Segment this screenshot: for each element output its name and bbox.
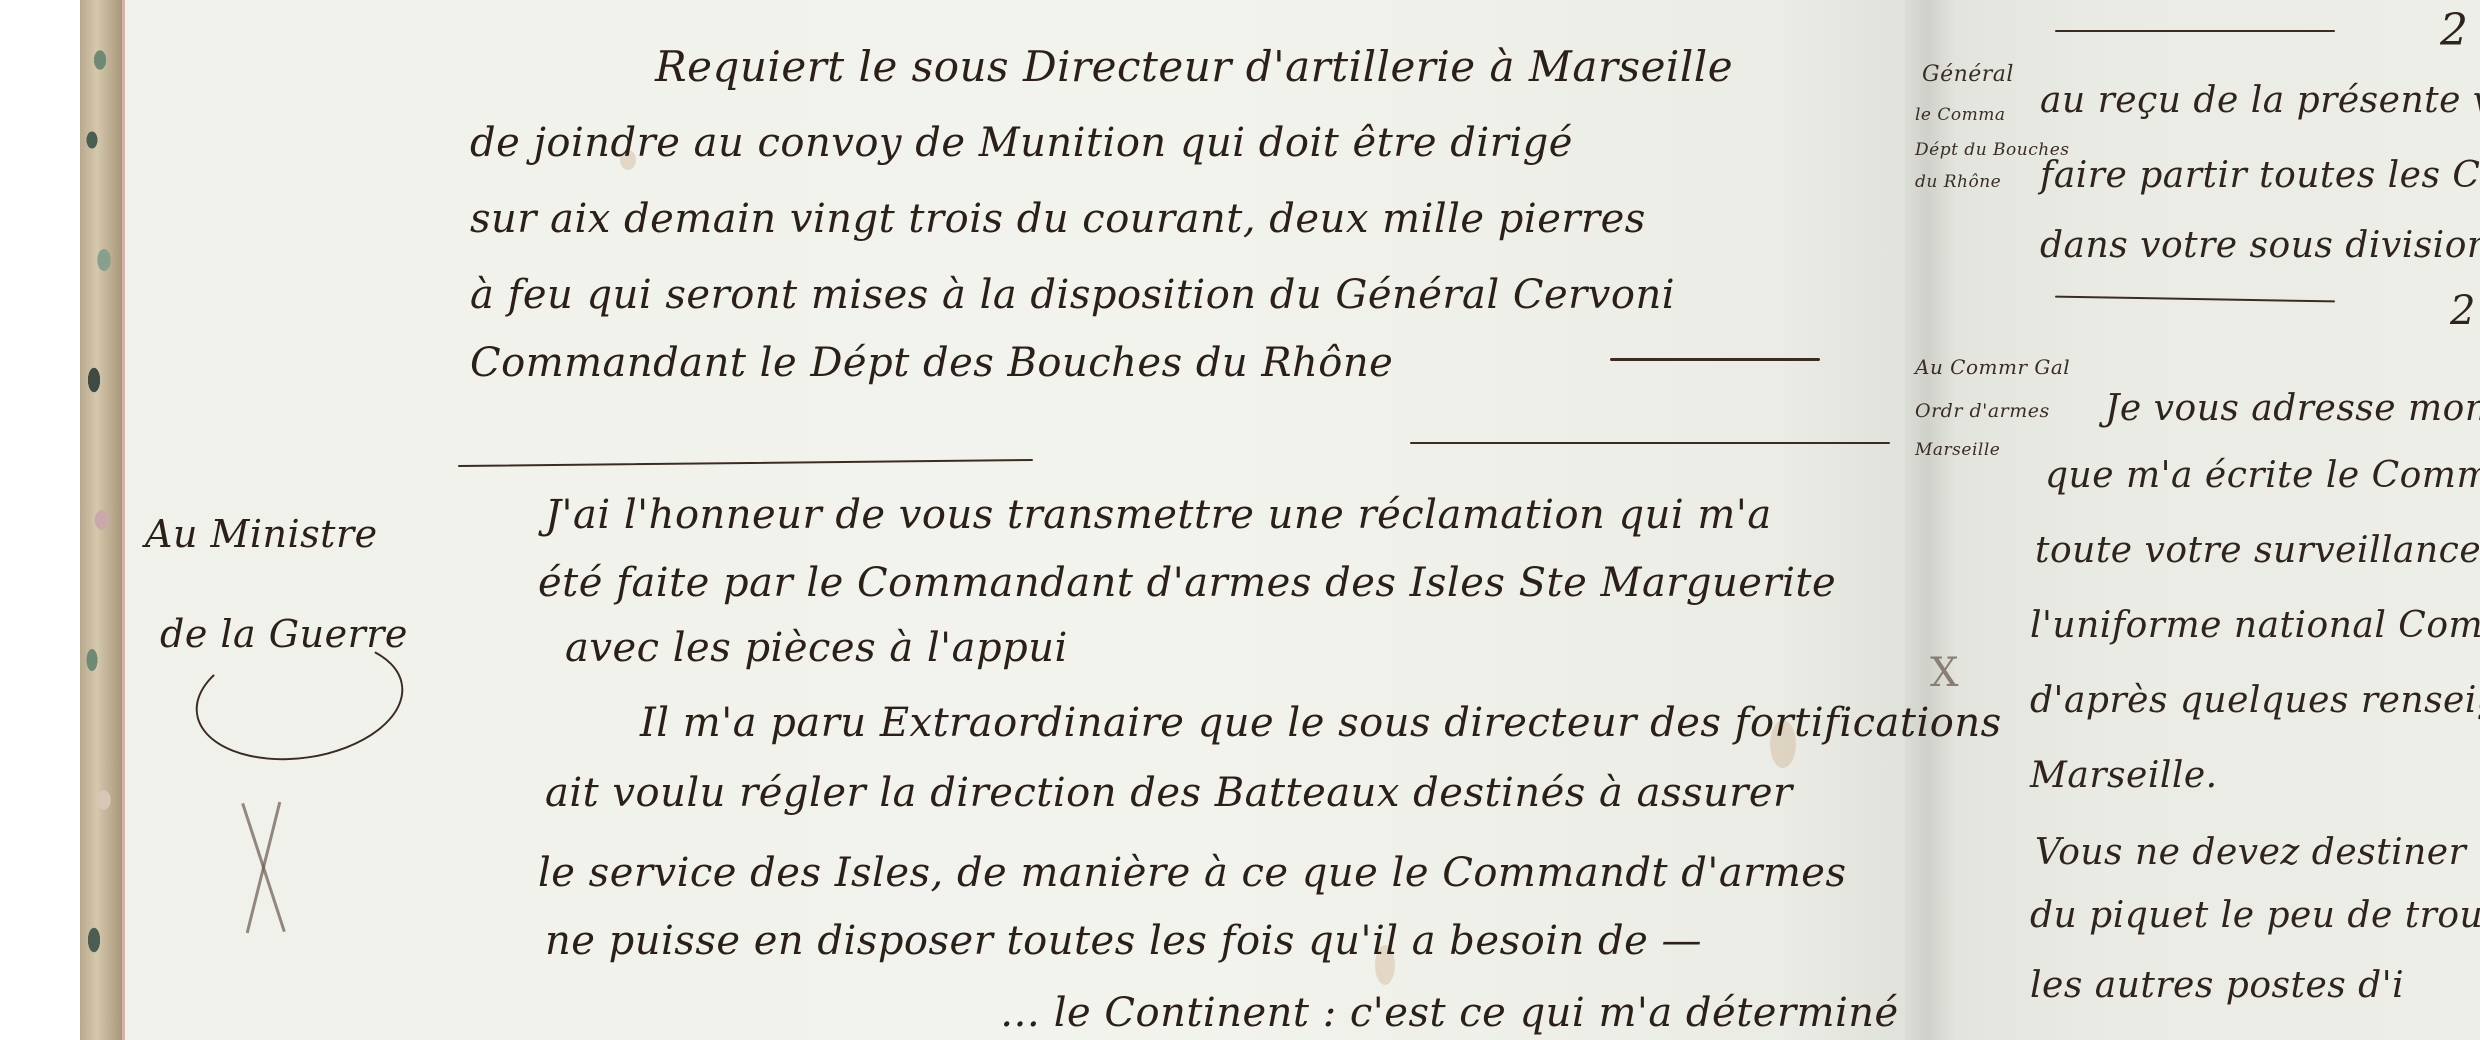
gutter-x-mark: X [1930, 650, 1959, 696]
entry-line: le service des Isles, de manière à ce qu… [538, 850, 1847, 896]
right-page-line: dans votre sous division et l [2040, 225, 2480, 266]
entry-line: ait voulu régler la direction des Battea… [545, 770, 1793, 816]
right-page-mark: 2 [2440, 5, 2469, 56]
entry-line: Commandant le Dépt des Bouches du Rhône [470, 340, 1393, 386]
right-page-line: l'uniforme national Com [2030, 605, 2480, 646]
gutter-note-line: Général [1922, 62, 2014, 87]
right-page-line: les autres postes d'i [2030, 965, 2404, 1006]
right-page-line: d'après quelques renseignements [2030, 680, 2480, 721]
right-page-line: au reçu de la présente vo [2040, 80, 2480, 121]
section-divider [1410, 442, 1890, 444]
entry-line: sur aix demain vingt trois du courant, d… [470, 196, 1646, 242]
end-flourish-rule [1610, 358, 1820, 361]
gutter-note-line: Marseille [1915, 440, 2000, 460]
entry-line: été faite par le Commandant d'armes des … [538, 560, 1836, 606]
gutter-note-line: Ordr d'armes [1915, 400, 2050, 422]
right-page-line: Marseille. [2030, 755, 2218, 796]
right-page-line: Je vous adresse mon M [2105, 388, 2480, 429]
marbled-binding [80, 0, 122, 1040]
entry-line: de joindre au convoy de Munition qui doi… [470, 120, 1573, 166]
right-page-line: Vous ne devez destiner que [2035, 832, 2480, 873]
gutter-note-line: du Rhône [1915, 172, 2001, 192]
right-page-line: du piquet le peu de troupes [2030, 895, 2480, 936]
right-divider [2055, 30, 2335, 32]
gutter-note-line: Au Commr Gal [1915, 355, 2070, 379]
right-page-line: toute votre surveillance su [2035, 530, 2480, 571]
background [0, 0, 80, 1040]
right-page-line: faire partir toutes les Cou [2040, 155, 2480, 196]
entry-line: ne puisse en disposer toutes les fois qu… [545, 918, 1702, 964]
margin-heading-line: Au Ministre [145, 512, 378, 556]
entry-line: avec les pièces à l'appui [565, 625, 1068, 671]
entry-line: Requiert le sous Directeur d'artillerie … [655, 42, 1733, 91]
entry-line: à feu qui seront mises à la disposition … [470, 272, 1675, 318]
right-page-mark: 2 [2450, 288, 2476, 334]
entry-line: … le Continent : c'est ce qui m'a déterm… [1000, 990, 1899, 1036]
right-page-line: que m'a écrite le Commissa [2045, 455, 2480, 496]
gutter-note-line: le Comma [1915, 105, 2006, 125]
entry-line: Il m'a paru Extraordinaire que le sous d… [640, 700, 2002, 746]
entry-line: J'ai l'honneur de vous transmettre une r… [545, 492, 1772, 538]
